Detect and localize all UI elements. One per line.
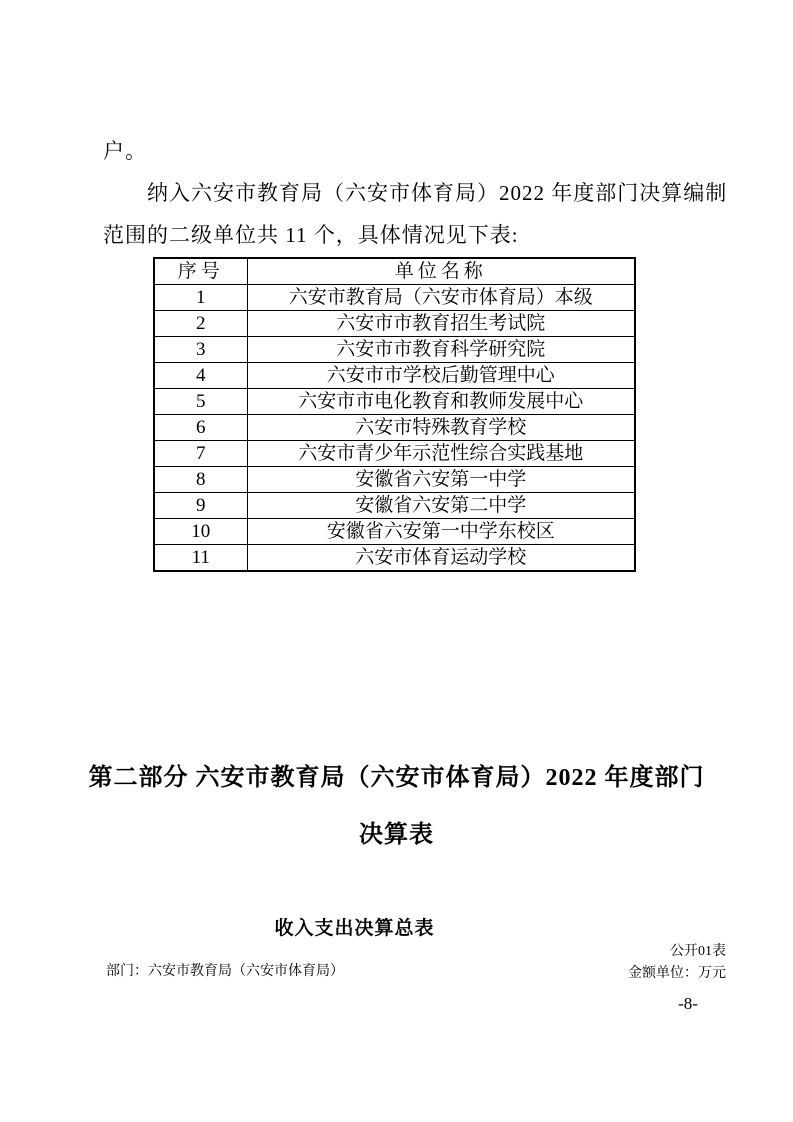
row-index-cell: 2 [154,311,247,337]
row-index-cell: 7 [154,441,247,467]
paragraph-line: 范围的二级单位共 11 个，具体情况见下表: [103,214,699,256]
paragraph-line: 纳入六安市教育局（六安市体育局）2022 年度部门决算编制 [103,172,699,214]
row-index-cell: 9 [154,493,247,519]
unit-name-cell: 六安市市教育招生考试院 [247,311,635,337]
header-cell-name: 单位名称 [247,258,635,285]
unit-name-cell: 六安市市学校后勤管理中心 [247,363,635,389]
unit-name-cell: 六安市青少年示范性综合实践基地 [247,441,635,467]
table-row: 11 六安市体育运动学校 [154,545,635,572]
row-index-cell: 1 [154,285,247,311]
table-row: 1 六安市教育局（六安市体育局）本级 [154,285,635,311]
row-index-cell: 4 [154,363,247,389]
table-row: 10 安徽省六安第一中学东校区 [154,519,635,545]
table-row: 8 安徽省六安第一中学 [154,467,635,493]
row-index-cell: 11 [154,545,247,572]
row-index-cell: 6 [154,415,247,441]
row-index-cell: 10 [154,519,247,545]
paragraph-line: 户。 [103,130,699,172]
unit-name-cell: 六安市市电化教育和教师发展中心 [247,389,635,415]
table-row: 9 安徽省六安第二中学 [154,493,635,519]
unit-name-cell: 安徽省六安第一中学东校区 [247,519,635,545]
unit-name-cell: 安徽省六安第二中学 [247,493,635,519]
row-index-cell: 8 [154,467,247,493]
table-row: 5 六安市市电化教育和教师发展中心 [154,389,635,415]
department-label: 部门：六安市教育局（六安市体育局） [106,960,344,980]
report-title: 收入支出决算总表 [0,913,751,940]
table-code-label: 公开01表 [670,940,726,960]
section-heading-line1: 第二部分 六安市教育局（六安市体育局）2022 年度部门 [0,764,793,792]
unit-name-cell: 六安市特殊教育学校 [247,415,635,441]
table-row: 6 六安市特殊教育学校 [154,415,635,441]
row-index-cell: 3 [154,337,247,363]
document-page: 户。 纳入六安市教育局（六安市体育局）2022 年度部门决算编制 范围的二级单位… [0,0,793,1122]
table-row: 3 六安市市教育科学研究院 [154,337,635,363]
units-table: 序号 单位名称 1 六安市教育局（六安市体育局）本级 2 六安市市教育招生考试院… [153,257,636,572]
unit-name-cell: 六安市市教育科学研究院 [247,337,635,363]
table-row: 2 六安市市教育招生考试院 [154,311,635,337]
unit-name-cell: 六安市教育局（六安市体育局）本级 [247,285,635,311]
table-row: 4 六安市市学校后勤管理中心 [154,363,635,389]
table-row: 7 六安市青少年示范性综合实践基地 [154,441,635,467]
row-index-cell: 5 [154,389,247,415]
unit-name-cell: 六安市体育运动学校 [247,545,635,572]
intro-paragraph: 户。 纳入六安市教育局（六安市体育局）2022 年度部门决算编制 范围的二级单位… [103,130,699,256]
page-number: -8- [650,994,726,1014]
amount-unit-label: 金额单位：万元 [628,962,726,982]
header-cell-no: 序号 [154,258,247,285]
unit-name-cell: 安徽省六安第一中学 [247,467,635,493]
section-heading-line2: 决算表 [0,821,793,849]
table-header-row: 序号 单位名称 [154,258,635,285]
